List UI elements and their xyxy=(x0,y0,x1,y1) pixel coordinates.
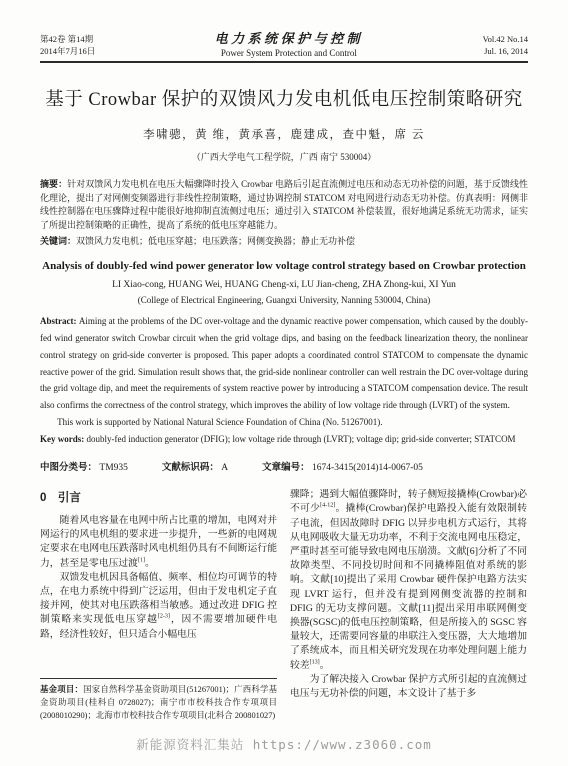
keywords-cn-label: 关键词： xyxy=(40,236,76,246)
watermark: 新能源资料汇集站 https://www.z3060.com xyxy=(0,735,568,753)
clc-number: 中图分类号： TM935 xyxy=(40,459,128,473)
paper-title-cn: 基于 Crowbar 保护的双馈风力发电机低电压控制策略研究 xyxy=(40,85,528,111)
abstract-en-text: Aiming at the problems of the DC over-vo… xyxy=(40,316,528,410)
journal-name-cn: 电力系统保护与控制 xyxy=(215,28,364,47)
abstract-cn: 摘要：针对双馈风力发电机在电压大幅骤降时投入 Crowbar 电路后引起直流侧过… xyxy=(40,178,528,233)
right-column: 骤降；遇到大幅值骤降时，转子侧短接撬棒(Crowbar)必不可少[4-12]。撬… xyxy=(290,488,527,722)
intro-paragraph: 双馈发电机因具备幅值、频率、相位均可调节的特点，在电力系统中得到广泛运用，但由于… xyxy=(40,571,277,642)
journal-header: 第42卷 第14期 2014年7月16日 电力系统保护与控制 Power Sys… xyxy=(40,28,528,63)
funding-statement: This work is supported by National Natur… xyxy=(40,414,528,431)
affiliation-en: (College of Electrical Engineering, Guan… xyxy=(40,295,528,305)
journal-name-block: 电力系统保护与控制 Power System Protection and Co… xyxy=(215,28,364,58)
paper-title-en: Analysis of doubly-fed wind power genera… xyxy=(40,260,528,272)
issue-volume-cn: 第42卷 第14期 xyxy=(40,33,95,46)
abstract-cn-text: 针对双馈风力发电机在电压大幅骤降时投入 Crowbar 电路后引起直流侧过电压和… xyxy=(40,179,528,230)
authors-en: LI Xiao-cong, HUANG Wei, HUANG Cheng-xi,… xyxy=(40,280,528,290)
body-columns: 0 引言 随着风电容量在电网中所占比重的增加，电网对并网运行的风电机组的要求进一… xyxy=(40,488,528,722)
abstract-cn-label: 摘要： xyxy=(40,179,67,189)
article-id: 文章编号： 1674-3415(2014)14-0067-05 xyxy=(262,459,423,473)
journal-name-en: Power System Protection and Control xyxy=(215,48,364,58)
section-heading-intro: 0 引言 xyxy=(40,490,277,507)
issue-date-cn: 2014年7月16日 xyxy=(40,45,95,58)
intro-paragraph: 骤降；遇到大幅值骤降时，转子侧短接撬棒(Crowbar)必不可少[4-12]。撬… xyxy=(290,488,527,673)
classification-row: 中图分类号： TM935 文献标识码： A 文章编号： 1674-3415(20… xyxy=(40,459,528,473)
affiliation-cn: （广西大学电气工程学院，广西 南宁 530004） xyxy=(40,150,528,163)
keywords-en-label: Key words: xyxy=(40,434,87,444)
keywords-en-text: doubly-fed induction generator (DFIG); l… xyxy=(87,434,516,444)
funding-footnote: 基金项目：国家自然科学基金资助项目(51267001)；广西科学基金资助项目(桂… xyxy=(40,678,277,722)
document-code: 文献标识码： A xyxy=(162,459,228,473)
keywords-cn-text: 双馈风力发电机；低电压穿越；电压跌落；网侧变换器；静止无功补偿 xyxy=(76,236,355,246)
left-column: 0 引言 随着风电容量在电网中所占比重的增加，电网对并网运行的风电机组的要求进一… xyxy=(40,488,277,722)
funding-footnote-label: 基金项目： xyxy=(40,685,83,694)
authors-cn: 李啸骢，黄 维，黄承喜，鹿建成，查中魁，席 云 xyxy=(40,126,528,142)
abstract-en-label: Abstract: xyxy=(40,316,79,326)
issue-info-en: Vol.42 No.14 Jul. 16, 2014 xyxy=(483,33,528,59)
keywords-en: Key words: doubly-fed induction generato… xyxy=(40,431,528,448)
intro-paragraph: 随着风电容量在电网中所占比重的增加，电网对并网运行的风电机组的要求进一步提升，一… xyxy=(40,514,277,571)
abstract-en: Abstract: Aiming at the problems of the … xyxy=(40,313,528,413)
issue-volume-en: Vol.42 No.14 xyxy=(483,33,528,46)
issue-info-cn: 第42卷 第14期 2014年7月16日 xyxy=(40,33,95,59)
keywords-cn: 关键词：双馈风力发电机；低电压穿越；电压跌落；网侧变换器；静止无功补偿 xyxy=(40,235,528,249)
issue-date-en: Jul. 16, 2014 xyxy=(483,45,528,58)
intro-paragraph: 为了解决接入 Crowbar 保护方式所引起的直流侧过电压与无功补偿的问题，本文… xyxy=(290,673,527,701)
paper-page: 第42卷 第14期 2014年7月16日 电力系统保护与控制 Power Sys… xyxy=(0,0,568,766)
